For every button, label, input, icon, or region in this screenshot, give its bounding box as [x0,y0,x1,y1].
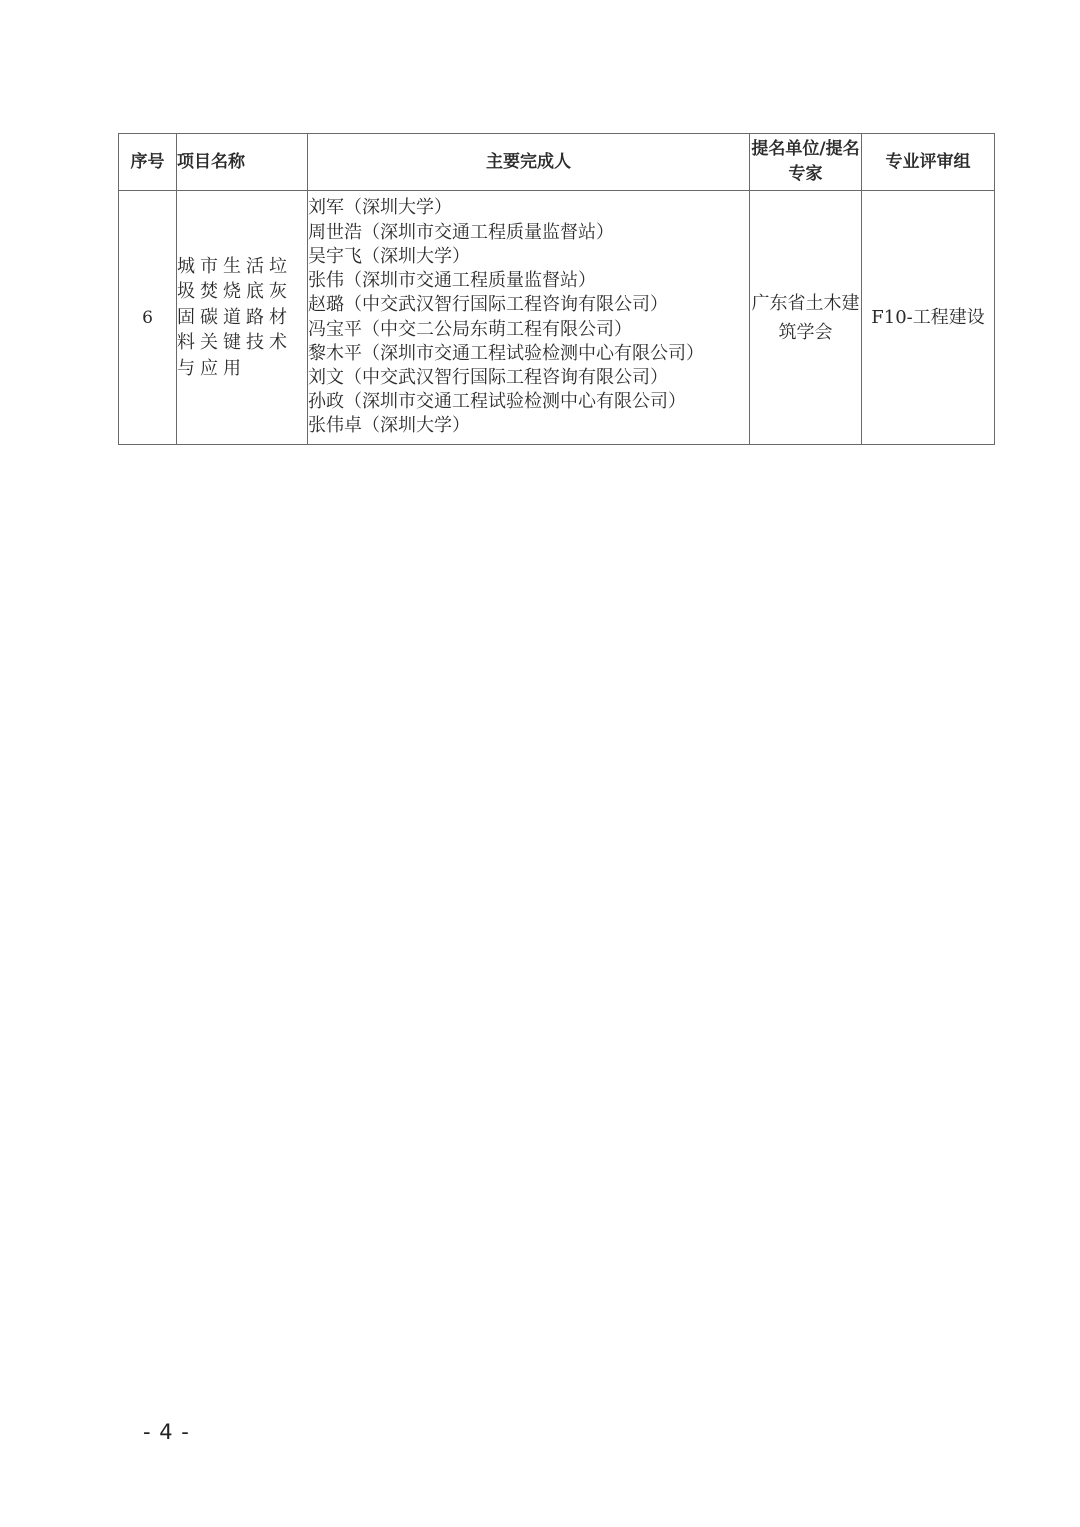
header-project-name: 项目名称 [177,134,308,191]
cell-nominator: 广东省土木建筑学会 [750,191,862,445]
header-nominator: 提名单位/提名专家 [750,134,862,191]
table-header-row: 序号 项目名称 主要完成人 提名单位/提名专家 专业评审组 [119,134,995,191]
contributor-line: 孙政（深圳市交通工程试验检测中心有限公司） [308,389,749,414]
contributor-line: 刘军（深圳大学） [308,195,749,220]
contributor-line: 刘文（中交武汉智行国际工程咨询有限公司） [308,365,749,390]
header-review-group: 专业评审组 [862,134,995,191]
cell-project-name: 城市生活垃圾焚烧底灰固碳道路材料关键技术与应用 [177,191,308,445]
contributor-line: 周世浩（深圳市交通工程质量监督站） [308,220,749,245]
contributor-line: 张伟卓（深圳大学） [308,413,749,438]
document-page: 序号 项目名称 主要完成人 提名单位/提名专家 专业评审组 6 城市生活垃圾焚烧… [0,0,1080,1527]
contributor-line: 张伟（深圳市交通工程质量监督站） [308,268,749,293]
cell-review-group: F10-工程建设 [862,191,995,445]
nomination-table: 序号 项目名称 主要完成人 提名单位/提名专家 专业评审组 6 城市生活垃圾焚烧… [118,133,995,445]
cell-contributors: 刘军（深圳大学） 周世浩（深圳市交通工程质量监督站） 吴宇飞（深圳大学） 张伟（… [308,191,750,445]
page-number: - 4 - [143,1420,190,1444]
contributor-line: 赵璐（中交武汉智行国际工程咨询有限公司） [308,292,749,317]
header-seq: 序号 [119,134,177,191]
contributor-line: 冯宝平（中交二公局东萌工程有限公司） [308,317,749,342]
header-main-contributors: 主要完成人 [308,134,750,191]
contributor-line: 吴宇飞（深圳大学） [308,244,749,269]
contributor-line: 黎木平（深圳市交通工程试验检测中心有限公司） [308,341,749,366]
cell-seq: 6 [119,191,177,445]
table-row: 6 城市生活垃圾焚烧底灰固碳道路材料关键技术与应用 刘军（深圳大学） 周世浩（深… [119,191,995,445]
